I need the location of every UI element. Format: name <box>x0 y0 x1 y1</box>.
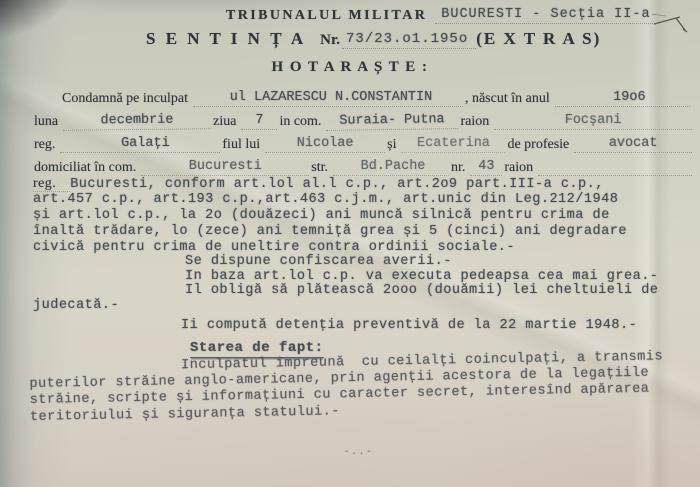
court-section-value: BUCURESTI - Secția II-a <box>435 7 656 24</box>
birth-commune-value: Suraia- Putna <box>326 112 458 131</box>
profession-value: avocat <box>574 136 692 153</box>
field-label-raion: raion <box>458 114 494 130</box>
field-label-street: str. <box>309 160 333 176</box>
birth-raion-value: Focșani <box>494 113 692 130</box>
field-label-born-year: , născut în anul <box>463 91 555 107</box>
form-row-parents: reg. Galați fiul lui Nicolae și Ecaterin… <box>32 132 692 153</box>
dispositions-paragraph: Se dispune confiscarea averii.- In baza … <box>33 255 697 333</box>
form-row-defendant: Condamnă pe inculpat ul LAZARESCU N.CONS… <box>60 86 690 107</box>
text-line: judecată.- <box>33 299 697 314</box>
defendant-name-value: ul LAZARESCU N.CONSTANTIN <box>193 90 463 107</box>
text-line: și art.lol c.p., la 2o (douăzeci) ani mu… <box>33 208 697 224</box>
ink-scratch-mark <box>652 10 696 44</box>
street-value: Bd.Pache <box>333 159 449 176</box>
form-row-domicile: domiciliat în com. Bucuresti str. Bd.Pac… <box>32 155 692 176</box>
text-line: Se dispune confiscarea averii.- <box>33 255 697 270</box>
court-name-label: TRIBUNALUL MILITAR <box>226 8 427 24</box>
field-label-commune: in com. <box>277 114 326 130</box>
field-label-profession: de profesie <box>505 137 574 153</box>
text-line: art.457 c.p., art.193 c.p.,art.463 c.j.m… <box>33 192 697 208</box>
birth-day-value: 7 <box>241 113 277 130</box>
ruling-heading: H O T A R A Ș T E : <box>0 59 700 76</box>
field-label-number: nr. <box>449 160 470 176</box>
text-line: înaltă trădare, lo (zece) ani temniță gr… <box>33 224 697 240</box>
street-number-value: 43 <box>470 159 502 176</box>
field-label-and: și <box>385 137 401 153</box>
number-label: Nr. <box>320 32 340 49</box>
extras-label: (E X T R A S) <box>476 29 601 49</box>
field-label-day: ziua <box>211 114 241 130</box>
mother-name-value: Ecaterina <box>401 136 505 153</box>
field-label-month: luna <box>32 114 63 130</box>
sentence-number-value: 73/23.o1.195o <box>342 31 476 49</box>
sentence-title-label: S E N T I N Ț A <box>146 29 306 49</box>
father-name-value: Nicolae <box>265 136 385 153</box>
region-value: Galați <box>60 136 220 153</box>
field-label-son-of: fiul lui <box>220 137 265 153</box>
end-separator-mark: -..- <box>344 447 374 457</box>
field-label-region: reg. <box>32 137 60 153</box>
field-label-region2: reg. <box>33 176 70 192</box>
field-label-domicile: domiciliat în com. <box>32 160 141 176</box>
field-label-condamna: Condamnă pe inculpat <box>60 91 193 107</box>
text-line: Il obligă să plătească 2ooo (douămii) le… <box>33 284 697 299</box>
birth-month-value: decembrie <box>63 112 211 131</box>
form-row-birthplace: luna decembrie ziua 7 in com. Suraia- Pu… <box>32 109 692 130</box>
sentencing-paragraph: reg.Bucuresti, conform art.lol al.l c.p.… <box>33 176 697 256</box>
text-line: Ii compută detenția preventivă de la 22 … <box>33 319 697 334</box>
text-segment: Bucuresti, conform art.lol al.l c.p., ar… <box>70 177 604 192</box>
facts-paragraph: Inculpatul împreună cu ceilalți coinculp… <box>29 349 700 426</box>
text-line: reg.Bucuresti, conform art.lol al.l c.p.… <box>33 176 697 192</box>
sentence-header: S E N T I N Ț A Nr. 73/23.o1.195o (E X T… <box>146 29 601 49</box>
court-header: TRIBUNALUL MILITAR BUCURESTI - Secția II… <box>226 7 657 24</box>
field-label-raion2: raion <box>502 160 538 176</box>
birth-year-value: 19o6 <box>555 90 690 107</box>
domicile-city-value: Bucuresti <box>141 159 309 176</box>
scanned-document-page: TRIBUNALUL MILITAR BUCURESTI - Secția II… <box>0 0 700 487</box>
